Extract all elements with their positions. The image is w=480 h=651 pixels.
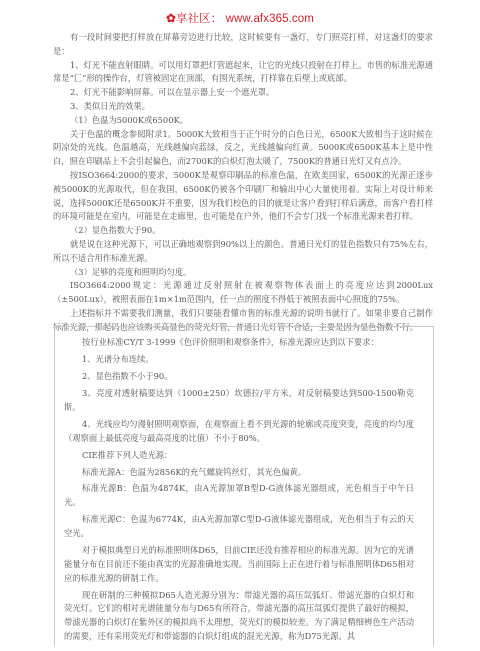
sub-heading-brightness: （3）足够的亮度和照明均匀度。 xyxy=(53,266,433,280)
standard-callout-box: 按行业标准CY/T 3-1999《色评价照明和观察条件》，标准光源应达到以下要求… xyxy=(54,326,434,646)
site-header: ✿享社区： www.afx365.com xyxy=(0,10,480,26)
site-logo-icon: ✿ xyxy=(166,11,176,25)
d65-simulators-paragraph: 现在研制的三种模拟D65人造光源分别为：带滤光器的高压氙弧灯、带滤光器的白炽灯和… xyxy=(64,589,414,644)
d65-paragraph: 对于模拟典型日光的标准照明体D65，目前CIE还没有推荐相应的标准光源。因为它的… xyxy=(64,544,414,585)
requirement-1: 1、灯光不能直射眼睛。可以用灯罩把灯管遮起来，让它的光线只投射在打样上。市售的标… xyxy=(53,59,433,87)
site-url-link[interactable]: www.afx365.com xyxy=(226,13,314,25)
requirement-3: 3、类似日光的效果。 xyxy=(53,100,433,114)
intro-paragraph: 有一段时间要把打样放在屏幕旁边进行比较，这时候要有一盏灯，专门照亮打样，对这盏灯… xyxy=(53,31,433,59)
callout-item-3: 3、亮度对透射稿要达到（1000±250）坎德拉/平方米，对反射稿要达到500-… xyxy=(64,387,414,415)
document-body: 有一段时间要把打样放在屏幕旁边进行比较，这时候要有一盏灯，专门照亮打样，对这盏灯… xyxy=(53,31,433,335)
illuminant-b: 标准光源B：色温为4874K，由A光源加罩B型D-G液体滤光器组成，光色相当于中… xyxy=(64,482,414,510)
illuminant-a: 标准光源A：色温为2856K的充气螺旋钨丝灯，其光色偏黄。 xyxy=(64,466,414,480)
sub-heading-color-temp: （1）色温为5000K或6500K。 xyxy=(53,114,433,128)
cie-heading: CIE推荐下列人造光源： xyxy=(64,449,414,463)
callout-content: 按行业标准CY/T 3-1999《色评价照明和观察条件》，标准光源应达到以下要求… xyxy=(64,336,414,647)
cri-paragraph: 就是说在这种光源下，可以正确地观察到90%以上的颜色。普通日光灯的显色指数只有7… xyxy=(53,238,433,266)
callout-item-2: 2、显色指数不小于90。 xyxy=(64,370,414,384)
iso-paragraph: 按ISO3664:2000的要求，5000K是观察印刷品的标准色温，在欧美国家，… xyxy=(53,169,433,224)
illuminant-c: 标准光源C：色温为6774K，由A光源加罩C型D-G液体滤光器组成，光色相当于有… xyxy=(64,513,414,541)
site-name: 享社区： xyxy=(176,13,222,25)
requirement-2: 2、灯光不能影响屏幕。可以在显示器上安一个遮光罩。 xyxy=(53,86,433,100)
brightness-paragraph: ISO3664:2000规定：光源通过反射照射在被观察物体表面上的亮度应达到20… xyxy=(53,279,433,307)
callout-item-1: 1、光谱分布连续。 xyxy=(64,353,414,367)
sub-heading-cri: （2）显色指数大于90。 xyxy=(53,224,433,238)
color-temp-paragraph: 关于色温的概念参阅附录1。5000K大致相当于正午时分的白色日光，6500K大致… xyxy=(53,128,433,169)
callout-item-4: 4、光线应均匀漫射照明观察面，在观察面上看不到光源的轮廓或亮度突变，亮度的均匀度… xyxy=(64,418,414,446)
callout-intro: 按行业标准CY/T 3-1999《色评价照明和观察条件》，标准光源应达到以下要求… xyxy=(64,336,414,350)
